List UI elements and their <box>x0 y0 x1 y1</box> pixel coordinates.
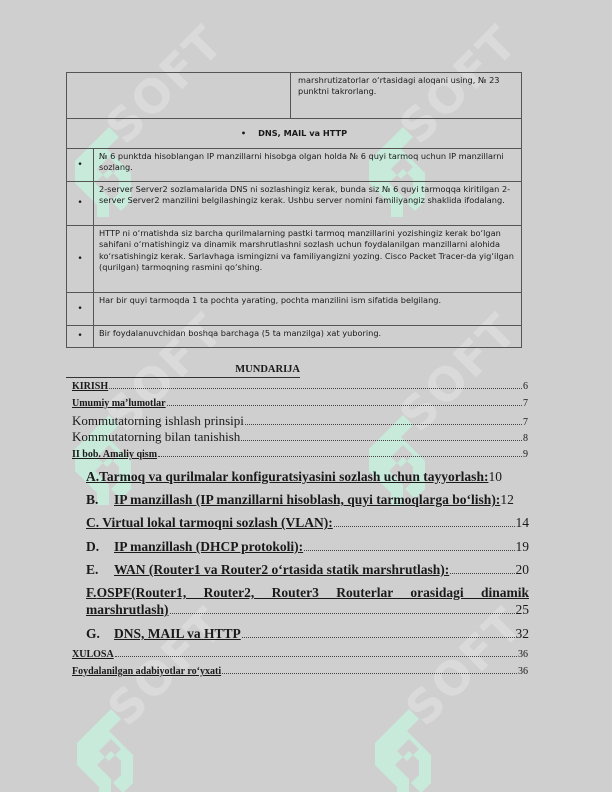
toc-label[interactable]: marshrutlash) <box>86 602 169 618</box>
leader-dots <box>334 515 515 527</box>
leader-dots <box>245 414 522 425</box>
toc-entry-e[interactable]: E.WAN (Router1 va Router2 o‘rtasida stat… <box>86 562 529 578</box>
table-row: HTTP ni o‘rnatishda siz barcha qurilmala… <box>94 226 522 293</box>
toc-label[interactable]: XULOSA <box>72 649 114 660</box>
toc-label[interactable]: IP manzillash (DHCP protokoli): <box>114 539 303 554</box>
toc-entry-xulosa[interactable]: XULOSA36 <box>72 648 528 660</box>
toc-entry-a[interactable]: A.Tarmoq va qurilmalar konfiguratsiyasin… <box>86 469 529 485</box>
bullet-icon: • <box>67 149 94 182</box>
bullet-icon: • <box>241 128 246 138</box>
toc-label[interactable]: WAN (Router1 va Router2 o‘rtasida statik… <box>114 562 449 577</box>
table-row: Bir foydalanuvchidan boshqa barchaga (5 … <box>94 326 522 348</box>
toc-entry-amaliy[interactable]: II bob. Amaliy qism9 <box>72 448 528 460</box>
toc-page: 19 <box>516 539 530 555</box>
toc-label[interactable]: KIRISH <box>72 381 108 392</box>
toc-entry-umumiy[interactable]: Umumiy ma’lumotlar7 <box>72 397 528 409</box>
toc-page: 9 <box>523 449 528 460</box>
leader-dots <box>242 626 515 638</box>
watermark-logo-icon <box>77 709 139 792</box>
table-row: Har bir quyi tarmoqda 1 ta pochta yarati… <box>94 293 522 326</box>
toc-entry-c[interactable]: C. Virtual lokal tarmoqni sozlash (VLAN)… <box>86 515 529 531</box>
section-heading: DNS, MAIL va HTTP <box>258 128 347 138</box>
toc-entry-g[interactable]: G.DNS, MAIL va HTTP32 <box>86 626 529 642</box>
toc-label[interactable]: IP manzillash (IP manzillarni hisoblash,… <box>114 492 500 507</box>
toc-entry-b[interactable]: B.IP manzillash (IP manzillarni hisoblas… <box>86 492 529 508</box>
toc-label[interactable]: II bob. Amaliy qism <box>72 449 157 460</box>
bullet-icon: • <box>67 182 94 226</box>
leader-dots <box>450 562 514 574</box>
toc-page: 25 <box>516 602 530 618</box>
bullet-icon: • <box>67 226 94 293</box>
toc-label[interactable]: DNS, MAIL va HTTP <box>114 626 241 641</box>
toc-label[interactable]: Umumiy ma’lumotlar <box>72 398 166 409</box>
toc-letter: C. <box>86 515 99 530</box>
toc-letter: E. <box>86 562 114 578</box>
toc-page: 32 <box>516 626 530 642</box>
leader-dots <box>222 665 517 674</box>
toc-letter: A. <box>86 469 99 484</box>
toc-label[interactable]: Virtual lokal tarmoqni sozlash (VLAN): <box>102 515 333 530</box>
toc-entry-ishlash[interactable]: Kommutatorning ishlash prinsipi7 <box>72 413 528 429</box>
leader-dots <box>170 602 515 614</box>
watermark-logo-icon <box>375 709 437 792</box>
toc-page: 7 <box>523 417 528 428</box>
toc-page: 6 <box>523 381 528 392</box>
toc-letter: D. <box>86 539 114 555</box>
toc-entry-adabiyotlar[interactable]: Foydalanilgan adabiyotlar ro‘yxati36 <box>72 665 528 677</box>
toc-letter: G. <box>86 626 114 642</box>
toc-label[interactable]: OSPF(Router1, Router2, Router3 Routerlar… <box>97 585 529 601</box>
leader-dots <box>304 539 514 551</box>
toc-entry-f-line2[interactable]: marshrutlash)25 <box>86 602 529 618</box>
toc-label[interactable]: Kommutatorning bilan tanishish <box>72 429 240 445</box>
toc-label[interactable]: Tarmoq va qurilmalar konfiguratsiyasini … <box>99 469 488 484</box>
table-row: № 6 punktda hisoblangan IP manzillarni h… <box>94 149 522 182</box>
table-row: 2-server Server2 sozlamalarida DNS ni so… <box>94 182 522 226</box>
toc-page: 8 <box>523 433 528 444</box>
bullet-icon: • <box>67 326 94 348</box>
table-cell-top: marshrutizatorlar o‘rtasidagi aloqani us… <box>291 73 522 119</box>
toc-page: 20 <box>516 562 530 578</box>
empty-cell <box>67 73 291 119</box>
leader-dots <box>167 397 522 406</box>
leader-dots <box>115 648 517 657</box>
toc-letter: B. <box>86 492 114 508</box>
toc-letter: F. <box>86 585 97 601</box>
toc-page: 12 <box>500 492 514 508</box>
toc-page: 10 <box>488 469 502 485</box>
toc-page: 14 <box>516 515 530 531</box>
toc-label[interactable]: Foydalanilgan adabiyotlar ro‘yxati <box>72 666 221 677</box>
leader-dots <box>109 380 522 389</box>
section-heading-cell: •DNS, MAIL va HTTP <box>67 119 522 149</box>
leader-dots <box>241 430 522 441</box>
bullet-icon: • <box>67 293 94 326</box>
task-table: marshrutizatorlar o‘rtasidagi aloqani us… <box>66 72 522 348</box>
toc-page: 36 <box>518 649 528 660</box>
toc-page: 7 <box>523 398 528 409</box>
toc-entry-kirish[interactable]: KIRISH6 <box>72 380 528 392</box>
toc-page: 36 <box>518 666 528 677</box>
toc-entry-d[interactable]: D.IP manzillash (DHCP protokoli):19 <box>86 539 529 555</box>
toc-title: MUNDARIJA <box>66 364 300 378</box>
toc-entry-tanishish[interactable]: Kommutatorning bilan tanishish8 <box>72 429 528 445</box>
toc-entry-f-line1[interactable]: F.OSPF(Router1, Router2, Router3 Routerl… <box>86 585 529 601</box>
toc-label[interactable]: Kommutatorning ishlash prinsipi <box>72 413 244 429</box>
leader-dots <box>158 448 522 457</box>
